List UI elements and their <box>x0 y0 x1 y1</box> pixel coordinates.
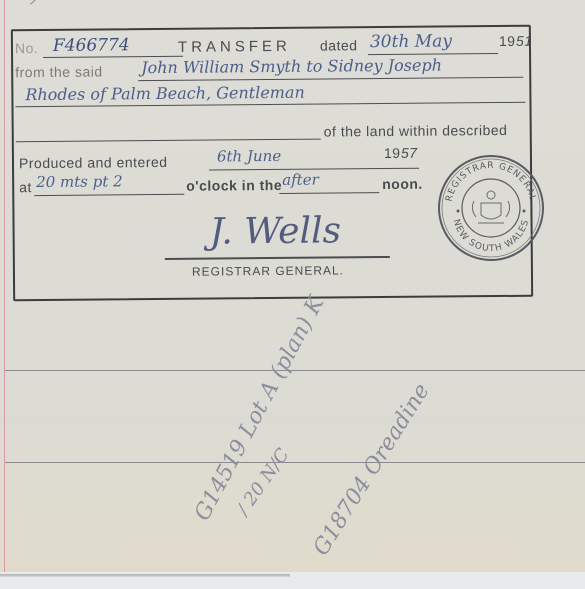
signatory-title: REGISTRAR GENERAL. <box>192 263 344 278</box>
dated-label: dated <box>320 37 358 53</box>
registrar-signature: J. Wells <box>209 210 341 252</box>
at-value: 20 mts pt 2 <box>36 172 123 191</box>
pencil-stroke <box>30 0 83 5</box>
produced-year-printed: 19 <box>384 145 401 161</box>
ruled-line <box>5 370 585 371</box>
transfer-title: TRANSFER <box>178 38 291 56</box>
transfer-number: F466774 <box>53 35 130 56</box>
ruled-line <box>5 462 585 463</box>
svg-text:NEW SOUTH WALES: NEW SOUTH WALES <box>451 218 532 254</box>
seal-bottom-text: NEW SOUTH WALES <box>451 218 532 254</box>
coat-of-arms-icon <box>472 191 509 223</box>
dated-value: 30th May <box>370 31 452 52</box>
oclock-value: after <box>282 171 319 189</box>
year-printed: 19 <box>499 33 516 49</box>
from-label: from the said <box>15 63 103 80</box>
noon-label: noon. <box>382 176 423 192</box>
grantee-line: Rhodes of Palm Beach, Gentleman <box>25 83 305 104</box>
oclock-label: o'clock in the <box>186 177 282 194</box>
produced-value: 6th June <box>217 147 281 166</box>
document-page: No. F466774 TRANSFER dated 30th May 19 5… <box>0 0 585 572</box>
underline <box>138 77 523 81</box>
signature-line <box>165 256 390 260</box>
no-label: No. <box>15 40 38 56</box>
margin-line <box>4 0 5 572</box>
at-label: at <box>19 179 32 195</box>
year-written: 51 <box>516 33 533 49</box>
land-label: of the land within described <box>324 122 508 140</box>
underline <box>34 194 184 196</box>
produced-label: Produced and entered <box>19 154 168 171</box>
from-value: John William Smyth to Sidney Joseph <box>141 56 442 78</box>
underline <box>279 192 379 194</box>
pencil-note-g18704: G18704 Oreadine <box>309 379 435 560</box>
underline <box>16 139 321 143</box>
page-shadow-edge <box>0 574 290 577</box>
produced-year-written: 57 <box>401 145 418 161</box>
registrar-general-seal: REGISTRAR GENERAL NEW SOUTH WALES <box>436 153 546 263</box>
